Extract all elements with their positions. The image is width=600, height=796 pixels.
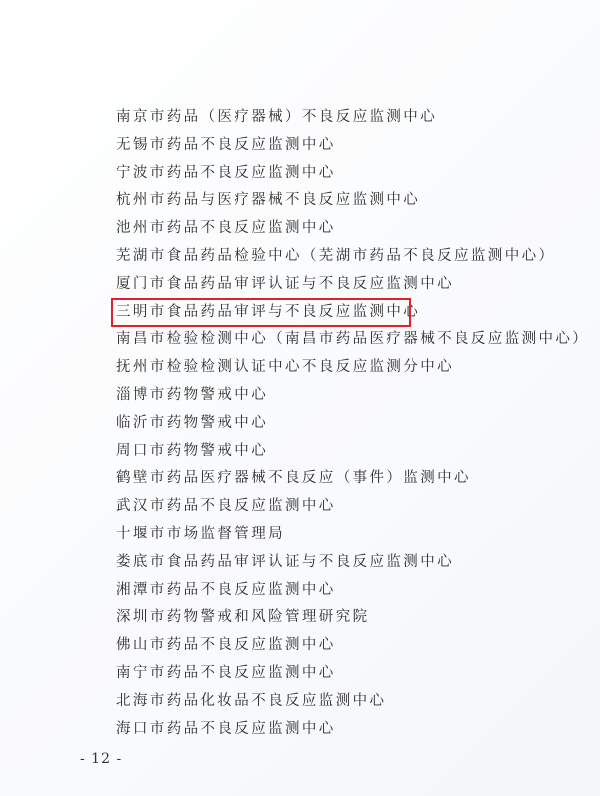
list-item: 南宁市药品不良反应监测中心: [116, 660, 589, 688]
highlight-box: [111, 298, 411, 327]
list-item: 佛山市药品不良反应监测中心: [116, 632, 589, 660]
page-number: - 12 -: [80, 751, 122, 767]
list-item: 淄博市药物警戒中心: [116, 382, 589, 410]
list-item: 湘潭市药品不良反应监测中心: [116, 577, 589, 605]
list-item: 池州市药品不良反应监测中心: [116, 215, 589, 243]
list-item: 武汉市药品不良反应监测中心: [116, 493, 589, 521]
list-item: 周口市药物警戒中心: [116, 438, 589, 466]
list-item: 无锡市药品不良反应监测中心: [116, 132, 589, 160]
document-page: 南京市药品（医疗器械）不良反应监测中心 无锡市药品不良反应监测中心 宁波市药品不…: [0, 0, 600, 796]
list-item: 杭州市药品与医疗器械不良反应监测中心: [116, 187, 589, 215]
list-item: 厦门市食品药品审评认证与不良反应监测中心: [116, 271, 589, 299]
list-item: 芜湖市食品药品检验中心（芜湖市药品不良反应监测中心）: [116, 243, 589, 271]
list-item: 十堰市市场监督管理局: [116, 521, 589, 549]
list-item: 鹤壁市药品医疗器械不良反应（事件）监测中心: [116, 465, 589, 493]
list-item: 南京市药品（医疗器械）不良反应监测中心: [116, 104, 589, 132]
list-item: 宁波市药品不良反应监测中心: [116, 160, 589, 188]
list-item: 深圳市药物警戒和风险管理研究院: [116, 604, 589, 632]
list-item: 抚州市检验检测认证中心不良反应监测分中心: [116, 354, 589, 382]
list-item: 南昌市检验检测中心（南昌市药品医疗器械不良反应监测中心）: [116, 326, 589, 354]
list-item: 娄底市食品药品审评认证与不良反应监测中心: [116, 549, 589, 577]
list-item: 临沂市药物警戒中心: [116, 410, 589, 438]
list-item: 北海市药品化妆品不良反应监测中心: [116, 688, 589, 716]
organization-list: 南京市药品（医疗器械）不良反应监测中心 无锡市药品不良反应监测中心 宁波市药品不…: [116, 104, 589, 743]
list-item: 海口市药品不良反应监测中心: [116, 716, 589, 744]
